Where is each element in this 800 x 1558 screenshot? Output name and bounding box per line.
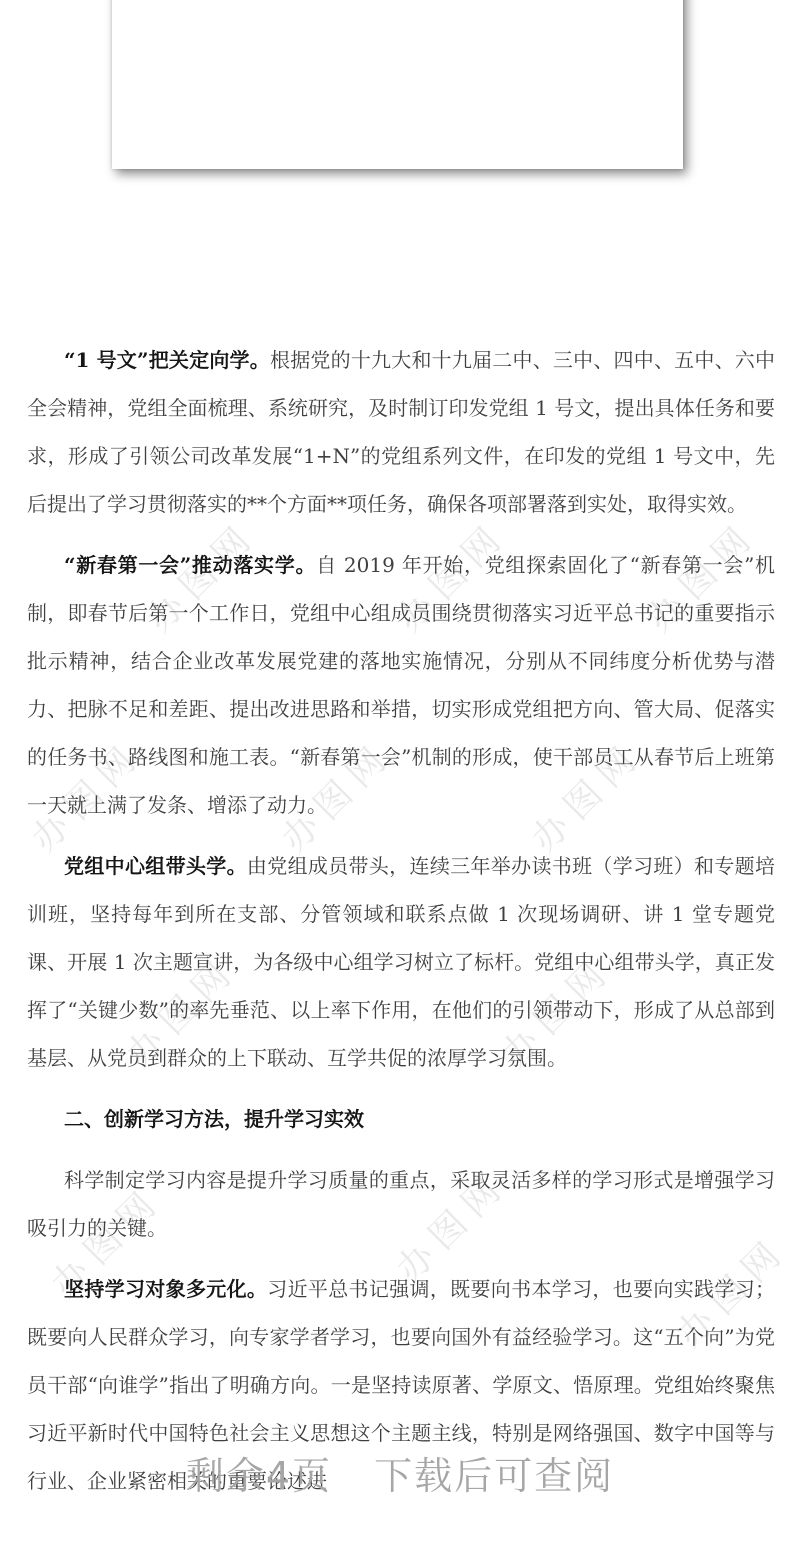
paragraph-text: 科学制定学习内容是提升学习质量的重点，采取灵活多样的学习形式是增强学习吸引力的关…: [27, 1168, 775, 1240]
paragraph-lead: “1 号文”把关定向学。: [64, 348, 270, 372]
download-hint-label: 下载后可查阅: [374, 1454, 614, 1498]
paragraph-text: 根据党的十九大和十九届二中、三中、四中、五中、六中全会精神，党组全面梳理、系统研…: [27, 348, 775, 516]
document-body: “1 号文”把关定向学。根据党的十九大和十九届二中、三中、四中、五中、六中全会精…: [27, 336, 775, 1518]
paragraph-lead: 坚持学习对象多元化。: [64, 1277, 267, 1301]
paragraph: 党组中心组带头学。由党组成员带头，连续三年举办读书班（学习班）和专题培训班，坚持…: [27, 842, 775, 1082]
preview-footer: 剩余4页下载后可查阅: [0, 1446, 800, 1506]
section-heading: 二、创新学习方法，提升学习实效: [27, 1095, 775, 1143]
remaining-pages-label: 剩余4页: [186, 1454, 332, 1498]
document-preview-scroll-area[interactable]: 办图网 办图网 办图网 办图网 办图网 办图网 办图网 办图网 办图网 办图网 …: [0, 0, 800, 1558]
previous-page-bottom-edge: [112, 0, 683, 169]
paragraph: 科学制定学习内容是提升学习质量的重点，采取灵活多样的学习形式是增强学习吸引力的关…: [27, 1156, 775, 1252]
paragraph-lead: “新春第一会”推动落实学。: [64, 553, 316, 577]
paragraph-text: 自 2019 年开始，党组探索固化了“新春第一会”机制，即春节后第一个工作日，党…: [27, 553, 775, 817]
paragraph-lead: 党组中心组带头学。: [64, 854, 247, 878]
paragraph: “1 号文”把关定向学。根据党的十九大和十九届二中、三中、四中、五中、六中全会精…: [27, 336, 775, 528]
paragraph-text: 由党组成员带头，连续三年举办读书班（学习班）和专题培训班，坚持每年到所在支部、分…: [27, 854, 775, 1070]
paragraph: “新春第一会”推动落实学。自 2019 年开始，党组探索固化了“新春第一会”机制…: [27, 541, 775, 829]
